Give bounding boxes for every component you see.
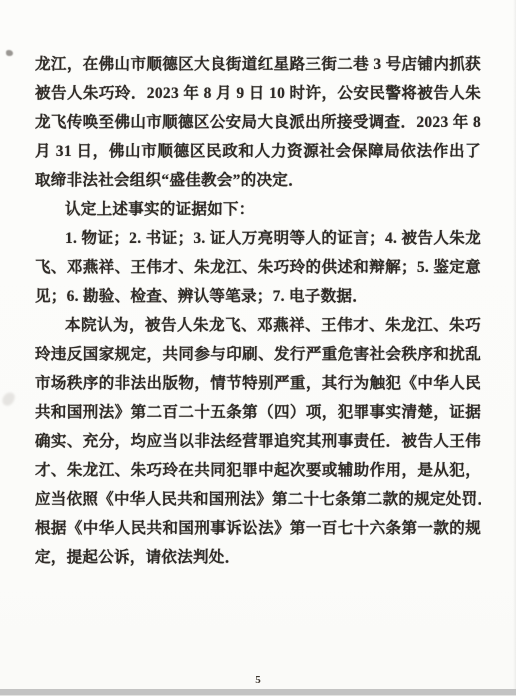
document-line: 玲违反国家规定，共同参与印刷、发行严重危害社会秩序和扰乱 xyxy=(35,340,481,369)
page-number: 5 xyxy=(0,674,516,686)
document-line: 确实、充分，均应当以非法经营罪追究其刑事责任．被告人王伟 xyxy=(35,427,481,456)
document-line: 1. 物证；2. 书证；3. 证人万亮明等人的证言；4. 被告人朱龙 xyxy=(35,224,481,253)
document-line: 见；6. 勘验、检查、辨认等笔录；7. 电子数据． xyxy=(35,282,481,311)
document-line: 市场秩序的非法出版物，情节特别严重，其行为触犯《中华人民 xyxy=(35,369,481,398)
scan-smudge xyxy=(1,390,17,407)
page-edge-shadow xyxy=(0,689,516,695)
document-line: 认定上述事实的证据如下： xyxy=(35,195,481,224)
document-line: 共和国刑法》第二百二十五条第（四）项，犯罪事实清楚，证据 xyxy=(35,398,481,427)
document-line: 根据《中华人民共和国刑事诉讼法》第一百七十六条第一款的规 xyxy=(35,514,481,543)
document-line: 才、朱龙江、朱巧玲在共同犯罪中起次要或辅助作用，是从犯， xyxy=(35,456,481,485)
document-line: 应当依照《中华人民共和国刑法》第二十七条第二款的规定处罚． xyxy=(35,485,481,514)
scan-speck xyxy=(6,50,13,56)
document-line: 飞、邓燕祥、王伟才、朱龙江、朱巧玲的供述和辩解；5. 鉴定意 xyxy=(35,253,481,282)
document-line: 被告人朱巧玲．2023 年 8 月 9 日 10 时许，公安民警将被告人朱 xyxy=(35,79,481,108)
document-line: 定，提起公诉，请依法判处． xyxy=(35,543,481,572)
document-line: 本院认为，被告人朱龙飞、邓燕祥、王伟才、朱龙江、朱巧 xyxy=(35,311,481,340)
document-line: 龙江，在佛山市顺德区大良街道红星路三街二巷 3 号店铺内抓获 xyxy=(35,50,481,79)
document-line: 月 31 日，佛山市顺德区民政和人力资源社会保障局依法作出了 xyxy=(35,137,481,166)
document-page: 龙江，在佛山市顺德区大良街道红星路三街二巷 3 号店铺内抓获 被告人朱巧玲．20… xyxy=(0,0,516,696)
document-line: 龙飞传唤至佛山市顺德区公安局大良派出所接受调查．2023 年 8 xyxy=(35,108,481,137)
document-line: 取缔非法社会组织“盛佳教会”的决定． xyxy=(35,166,481,195)
document-body: 龙江，在佛山市顺德区大良街道红星路三街二巷 3 号店铺内抓获 被告人朱巧玲．20… xyxy=(35,50,481,572)
